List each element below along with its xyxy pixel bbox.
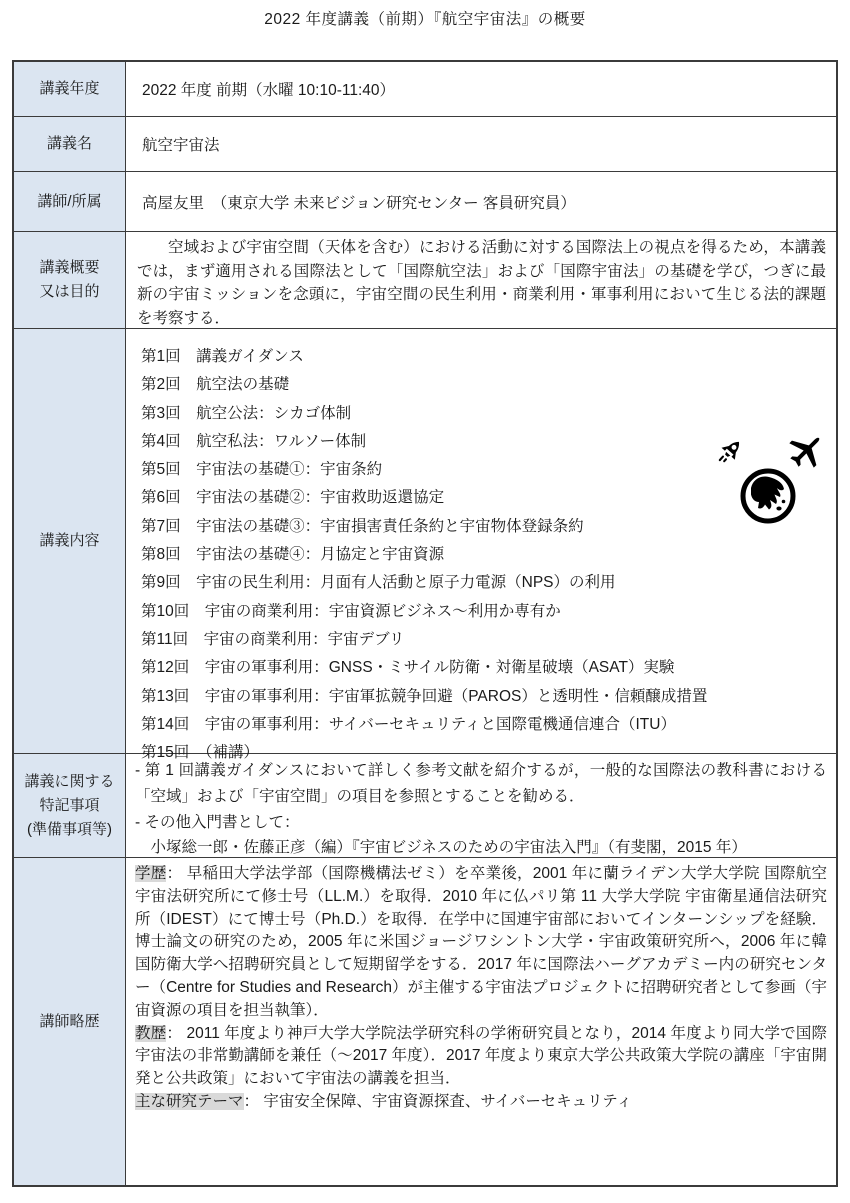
session-line: 第7回 宇宙法の基礎③：宇宙損害責任条約と宇宙物体登録条約	[141, 513, 836, 541]
session-line: 第14回 宇宙の軍事利用：サイバーセキュリティと国際電機通信連合（ITU）	[141, 711, 836, 739]
session-line: 第8回 宇宙法の基礎④：月協定と宇宙資源	[141, 541, 836, 569]
lecturer-value-cell: 高屋友里 （東京大学 未来ビジョン研究センター 客員研究員）	[126, 172, 836, 231]
session-line: 第3回 航空公法：シカゴ体制	[141, 400, 836, 428]
table-row-lecturer: 講師/所属 高屋友里 （東京大学 未来ビジョン研究センター 客員研究員）	[14, 171, 836, 231]
lecturer-value: 高屋友里 （東京大学 未来ビジョン研究センター 客員研究員）	[142, 191, 576, 213]
page-title: 2022 年度講義（前期）『航空宇宙法』の概要	[0, 7, 850, 29]
row-header-bio-label: 講師略歴	[39, 1010, 99, 1034]
airplane-icon	[784, 429, 828, 473]
row-header-course-label: 講義名	[47, 132, 92, 156]
year-value: 2022 年度 前期（水曜 10:10-11:40）	[142, 78, 395, 100]
sessions-cell: 第1回 講義ガイダンス 第2回 航空法の基礎 第3回 航空公法：シカゴ体制 第4…	[126, 329, 836, 753]
table-row-course: 講義名 航空宇宙法	[14, 116, 836, 171]
row-header-notes-line1: 講義に関する	[24, 770, 114, 794]
table-row-notes: 講義に関する 特記事項 (準備事項等) - 第 1 回講義ガイダンスにおいて詳し…	[14, 753, 836, 857]
row-header-overview-line1: 講義概要	[39, 256, 99, 280]
bio-heading-research-themes: 主な研究テーマ	[135, 1093, 244, 1110]
table-row-content: 講義内容 第1回 講義ガイダンス 第2回 航空法の基礎 第3回 航空公法：シカゴ…	[14, 328, 836, 753]
row-header-content-label: 講義内容	[39, 529, 99, 553]
lecture-table: 講義年度 2022 年度 前期（水曜 10:10-11:40） 講義名 航空宇宙…	[12, 60, 838, 1187]
earth-globe-icon	[739, 467, 797, 525]
bio-text-research-themes: ： 宇宙安全保障、宇宙資源探査、サイバーセキュリティ	[244, 1093, 633, 1110]
bio-heading-teaching: 教歴	[135, 1025, 166, 1042]
bio-text-education: ： 早稲田大学法学部（国際機構法ゼミ）を卒業後，2001 年に蘭ライデン大学大学…	[135, 865, 827, 1019]
table-row-bio: 講師略歴 学歴： 早稲田大学法学部（国際機構法ゼミ）を卒業後，2001 年に蘭ラ…	[14, 857, 836, 1185]
session-line: 第2回 航空法の基礎	[141, 371, 836, 399]
row-header-lecturer-label: 講師/所属	[37, 190, 101, 214]
row-header-notes-line3: (準備事項等)	[27, 818, 112, 842]
row-header-notes-line2: 特記事項	[39, 794, 99, 818]
session-line: 第10回 宇宙の商業利用：宇宙資源ビジネス～利用か専有か	[141, 598, 836, 626]
year-value-cell: 2022 年度 前期（水曜 10:10-11:40）	[126, 62, 836, 116]
row-header-overview: 講義概要 又は目的	[14, 232, 126, 328]
row-header-bio: 講師略歴	[14, 858, 126, 1185]
row-header-notes: 講義に関する 特記事項 (準備事項等)	[14, 754, 126, 857]
overview-text: 空域および宇宙空間（天体を含む）における活動に対する国際法上の視点を得るため，本…	[126, 232, 836, 328]
session-line: 第12回 宇宙の軍事利用：GNSS・ミサイル防衛・対衛星破壊（ASAT）実験	[141, 654, 836, 682]
lecture-overview-document: 2022 年度講義（前期）『航空宇宙法』の概要 講義年度 2022 年度 前期（…	[0, 0, 850, 1203]
session-line: 第6回 宇宙法の基礎②：宇宙救助返還協定	[141, 484, 836, 512]
bio-cell: 学歴： 早稲田大学法学部（国際機構法ゼミ）を卒業後，2001 年に蘭ライデン大学…	[126, 858, 836, 1185]
table-row-overview: 講義概要 又は目的 空域および宇宙空間（天体を含む）における活動に対する国際法上…	[14, 231, 836, 328]
row-header-year: 講義年度	[14, 62, 126, 116]
row-header-course: 講義名	[14, 117, 126, 171]
session-line: 第13回 宇宙の軍事利用：宇宙軍拡競争回避（PAROS）と透明性・信頼醸成措置	[141, 683, 836, 711]
row-header-year-label: 講義年度	[39, 77, 99, 101]
bio-heading-education: 学歴	[135, 865, 166, 882]
notes-cell: - 第 1 回講義ガイダンスにおいて詳しく参考文献を紹介するが，一般的な国際法の…	[126, 754, 836, 857]
table-row-year: 講義年度 2022 年度 前期（水曜 10:10-11:40）	[14, 62, 836, 116]
session-line: 第9回 宇宙の民生利用：月面有人活動と原子力電源（NPS）の利用	[141, 569, 836, 597]
row-header-overview-line2: 又は目的	[39, 280, 99, 304]
session-line: 第11回 宇宙の商業利用：宇宙デブリ	[141, 626, 836, 654]
bio-section-education: 学歴： 早稲田大学法学部（国際機構法ゼミ）を卒業後，2001 年に蘭ライデン大学…	[135, 863, 827, 1023]
bio-text-teaching: ： 2011 年度より神戸大学大学院法学研究科の学術研究員となり，2014 年度…	[135, 1025, 827, 1088]
note-item: - その他入門書として：	[135, 810, 827, 836]
course-value: 航空宇宙法	[142, 133, 220, 155]
bio-section-teaching: 教歴： 2011 年度より神戸大学大学院法学研究科の学術研究員となり，2014 …	[135, 1023, 827, 1091]
course-value-cell: 航空宇宙法	[126, 117, 836, 171]
bio-section-research-themes: 主な研究テーマ： 宇宙安全保障、宇宙資源探査、サイバーセキュリティ	[135, 1091, 827, 1114]
note-item: - 第 1 回講義ガイダンスにおいて詳しく参考文献を紹介するが，一般的な国際法の…	[135, 758, 827, 810]
row-header-content: 講義内容	[14, 329, 126, 753]
session-line: 第1回 講義ガイダンス	[141, 343, 836, 371]
row-header-lecturer: 講師/所属	[14, 172, 126, 231]
